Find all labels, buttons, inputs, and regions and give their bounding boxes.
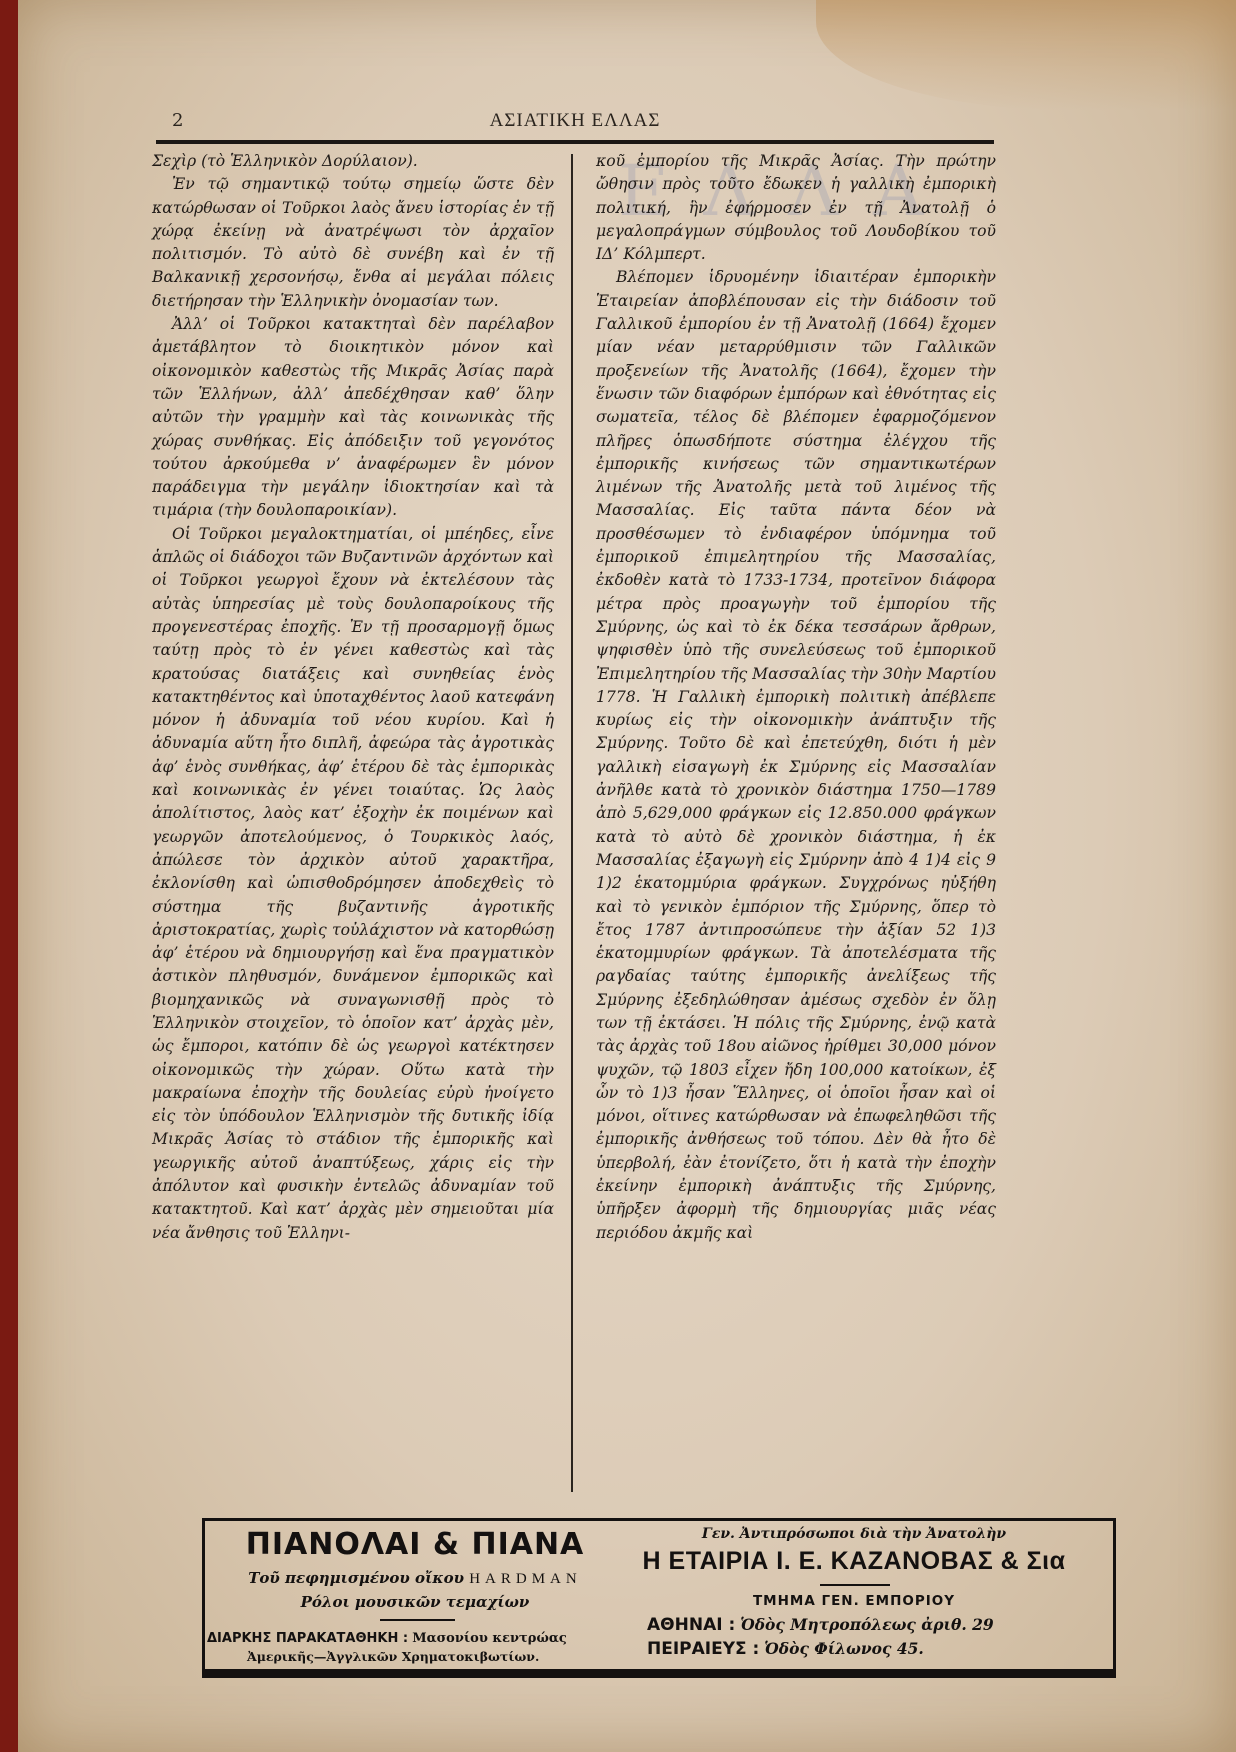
right-column: κοῦ ἐμπορίου τῆς Μικρᾶς Ἀσίας. Τὴν πρώτη…	[596, 150, 996, 1245]
deposit-label: ΔΙΑΡΚΗΣ ΠΑΡΑΚΑΤΑΘΗΚΗ :	[207, 1631, 408, 1646]
department: ΤΜΗΜΑ ΓΕΝ. ΕΜΠΟΡΙΟΥ	[595, 1593, 1113, 1609]
paragraph: Σεχὶρ (τὸ Ἑλληνικὸν Δορύλαιον).	[152, 150, 554, 173]
ad-subtitle: Τοῦ πεφημισμένου οἴκου HARDMAN	[205, 1569, 625, 1588]
paragraph: Ἀλλ’ οἱ Τοῦρκοι κατακτηταὶ δὲν παρέλαβον…	[152, 313, 554, 523]
athens-street: Ὁδὸς Μητροπόλεως ἀριθ. 29	[740, 1615, 994, 1634]
brand-name: HARDMAN	[469, 1571, 582, 1587]
ad-title: ΠΙΑΝΟΛΑΙ & ΠΙΑΝΑ	[205, 1527, 625, 1562]
column-divider	[571, 154, 573, 1492]
paragraph: Οἱ Τοῦρκοι μεγαλοκτηματίαι, οἱ μπέηδες, …	[152, 523, 554, 1245]
paragraph: Βλέπομεν ἱδρυομένην ἰδιαιτέραν ἐμπορικὴν…	[596, 266, 996, 1244]
athens-address: ΑΘΗΝΑΙ : Ὁδὸς Μητροπόλεως ἀριθ. 29	[647, 1615, 994, 1635]
scanned-page: Ε Λ Λ Α 2 ΑΣΙΑΤΙΚΗ ΕΛΛΑΣ Σεχὶρ (τὸ Ἑλλην…	[18, 0, 1236, 1752]
advertisement-box: ΠΙΑΝΟΛΑΙ & ΠΙΑΝΑ Τοῦ πεφημισμένου οἴκου …	[202, 1518, 1116, 1678]
ad-rolls: Ρόλοι μουσικῶν τεμαχίων	[205, 1593, 625, 1611]
company-advertisement: Γεν. Ἀντιπρόσωποι διὰ τὴν Ἀνατολὴν Η ΕΤΑ…	[595, 1521, 1113, 1669]
water-stain	[816, 0, 1236, 110]
header-rule	[156, 140, 994, 144]
left-column: Σεχὶρ (τὸ Ἑλληνικὸν Δορύλαιον). Ἐν τῷ ση…	[152, 150, 554, 1245]
running-head: 2 ΑΣΙΑΤΙΚΗ ΕΛΛΑΣ	[156, 104, 994, 134]
ad-divider	[380, 1619, 455, 1621]
deposit-value: Μασονίου κεντρώας	[412, 1631, 567, 1646]
paragraph: Ἐν τῷ σημαντικῷ τούτῳ σημείῳ ὥστε δὲν κα…	[152, 173, 554, 313]
company-name: Η ΕΤΑΙΡΙΑ Ι. Ε. ΚΑΖΑΝΟΒΑΣ & Σια	[595, 1547, 1113, 1576]
deposit-line2: Ἀμερικῆς—Ἀγγλικῶν Χρηματοκιβωτίων.	[247, 1649, 539, 1664]
piraeus-label: ΠΕΙΡΑΙΕΥΣ :	[647, 1639, 759, 1659]
journal-title: ΑΣΙΑΤΙΚΗ ΕΛΛΑΣ	[156, 110, 994, 132]
piano-advertisement: ΠΙΑΝΟΛΑΙ & ΠΙΑΝΑ Τοῦ πεφημισμένου οἴκου …	[205, 1521, 625, 1669]
piraeus-street: Ὁδὸς Φίλωνος 45.	[764, 1639, 924, 1658]
ad-deposit: ΔΙΑΡΚΗΣ ΠΑΡΑΚΑΤΑΘΗΚΗ : Μασονίου κεντρώας	[207, 1631, 567, 1646]
ad-subtitle-prefix: Τοῦ πεφημισμένου οἴκου	[248, 1569, 464, 1587]
paragraph: κοῦ ἐμπορίου τῆς Μικρᾶς Ἀσίας. Τὴν πρώτη…	[596, 150, 996, 266]
ad-representatives: Γεν. Ἀντιπρόσωποι διὰ τὴν Ἀνατολὴν	[595, 1526, 1113, 1542]
ad-divider	[820, 1584, 890, 1586]
piraeus-address: ΠΕΙΡΑΙΕΥΣ : Ὁδὸς Φίλωνος 45.	[647, 1639, 924, 1659]
athens-label: ΑΘΗΝΑΙ :	[647, 1615, 735, 1635]
